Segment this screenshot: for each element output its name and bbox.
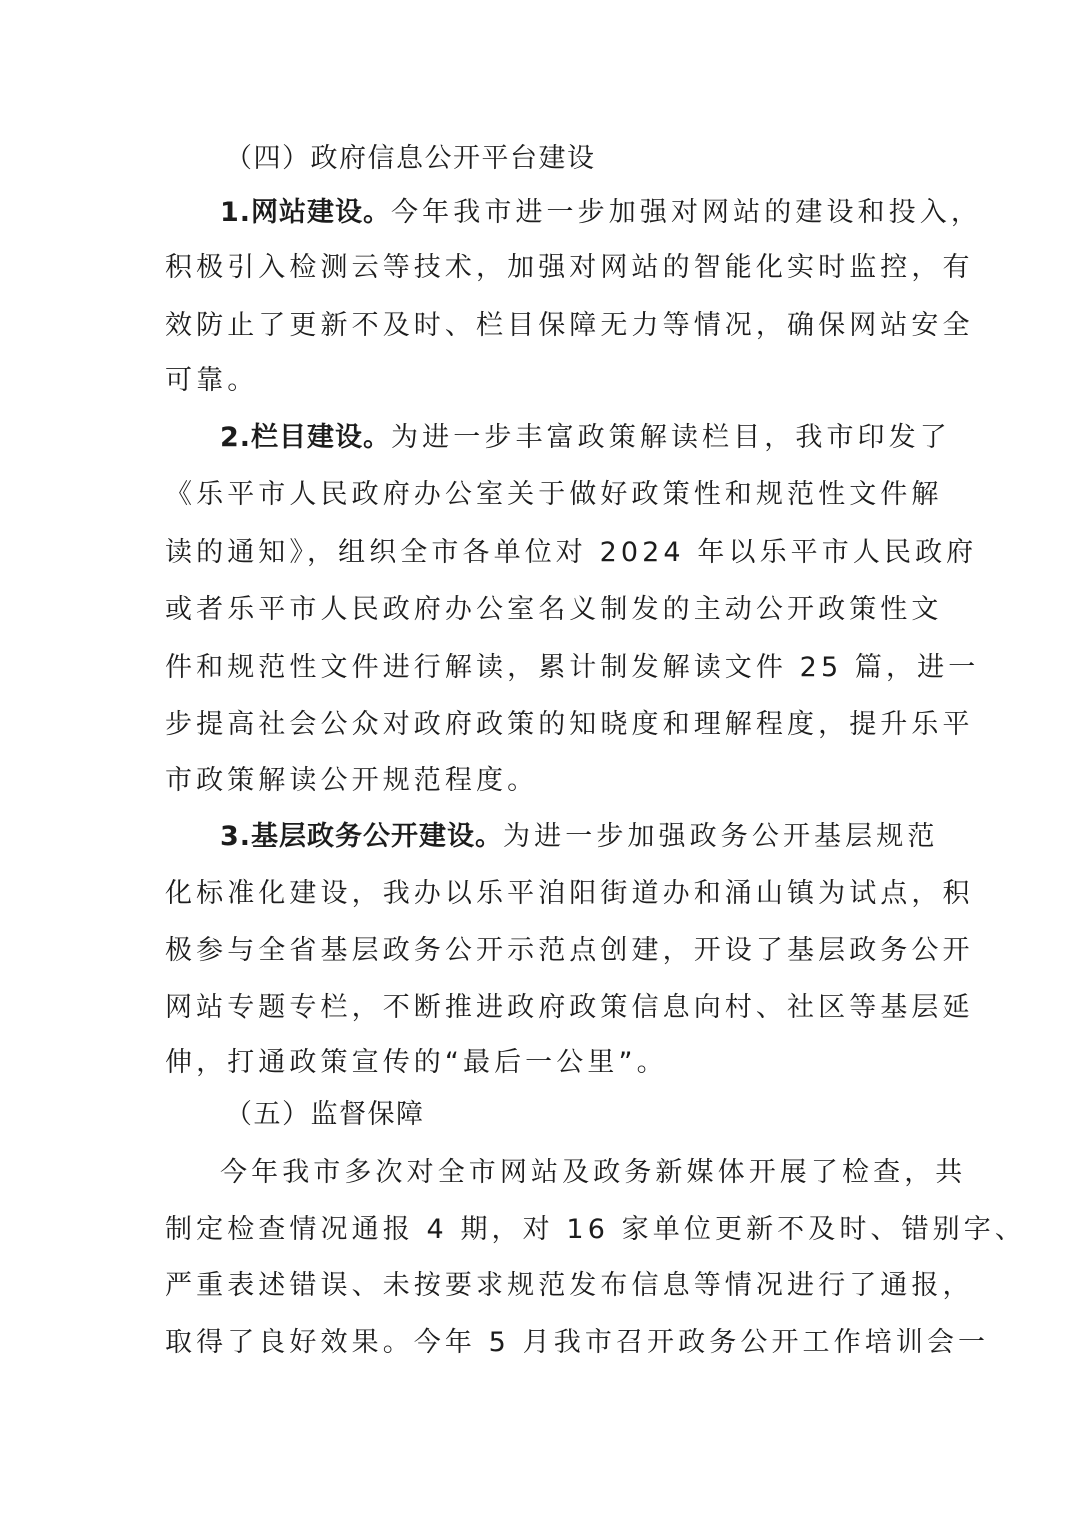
text-line: 积极引入检测云等技术，加强对网站的智能化实时监控，有 <box>165 250 915 286</box>
item-lead-grassroots: 3.基层政务公开建设。 <box>220 821 503 852</box>
item-lead-website: 1.网站建设。 <box>220 197 391 228</box>
text-line: 取得了良好效果。今年 5 月我市召开政务公开工作培训会一 <box>165 1325 915 1361</box>
text-line: 今年我市多次对全市网站及政务新媒体开展了检查，共 <box>220 1155 970 1191</box>
text-line: 读的通知》，组织全市各单位对 2024 年以乐平市人民政府 <box>165 535 915 571</box>
text-line: 网站专题专栏，不断推进政府政策信息向村、社区等基层延 <box>165 990 915 1026</box>
text-line: 严重表述错误、未按要求规范发布信息等情况进行了通报， <box>165 1268 915 1304</box>
paragraph-column-construction: 2.栏目建设。为进一步丰富政策解读栏目，我市印发了 <box>220 420 970 456</box>
text-line: 《乐平市人民政府办公室关于做好政策性和规范性文件解 <box>165 477 915 513</box>
text-line: 化标准化建设，我办以乐平洎阳街道办和涌山镇为试点，积 <box>165 876 915 912</box>
text-line: 可靠。 <box>165 363 915 399</box>
text-line: 伸，打通政策宣传的“最后一公里”。 <box>165 1045 915 1081</box>
item-lead-column: 2.栏目建设。 <box>220 422 391 453</box>
text-line: 制定检查情况通报 4 期，对 16 家单位更新不及时、错别字、 <box>165 1212 915 1248</box>
section-heading-4: （四）政府信息公开平台建设 <box>225 141 596 177</box>
text-line: 今年我市进一步加强对网站的建设和投入， <box>391 197 982 228</box>
paragraph-website-construction: 1.网站建设。今年我市进一步加强对网站的建设和投入， <box>220 195 970 231</box>
section-heading-5: （五）监督保障 <box>225 1097 425 1133</box>
text-line: 极参与全省基层政务公开示范点创建，开设了基层政务公开 <box>165 933 915 969</box>
text-line: 或者乐平市人民政府办公室名义制发的主动公开政策性文 <box>165 592 915 628</box>
paragraph-grassroots-construction: 3.基层政务公开建设。为进一步加强政务公开基层规范 <box>220 819 970 855</box>
text-line: 市政策解读公开规范程度。 <box>165 763 915 799</box>
text-line: 效防止了更新不及时、栏目保障无力等情况，确保网站安全 <box>165 308 915 344</box>
document-page: （四）政府信息公开平台建设 1.网站建设。今年我市进一步加强对网站的建设和投入，… <box>0 0 1074 1520</box>
text-line: 件和规范性文件进行解读，累计制发解读文件 25 篇，进一 <box>165 650 915 686</box>
text-line: 步提高社会公众对政府政策的知晓度和理解程度，提升乐平 <box>165 707 915 743</box>
text-line: 为进一步丰富政策解读栏目，我市印发了 <box>391 422 951 453</box>
text-line: 为进一步加强政务公开基层规范 <box>503 821 938 852</box>
